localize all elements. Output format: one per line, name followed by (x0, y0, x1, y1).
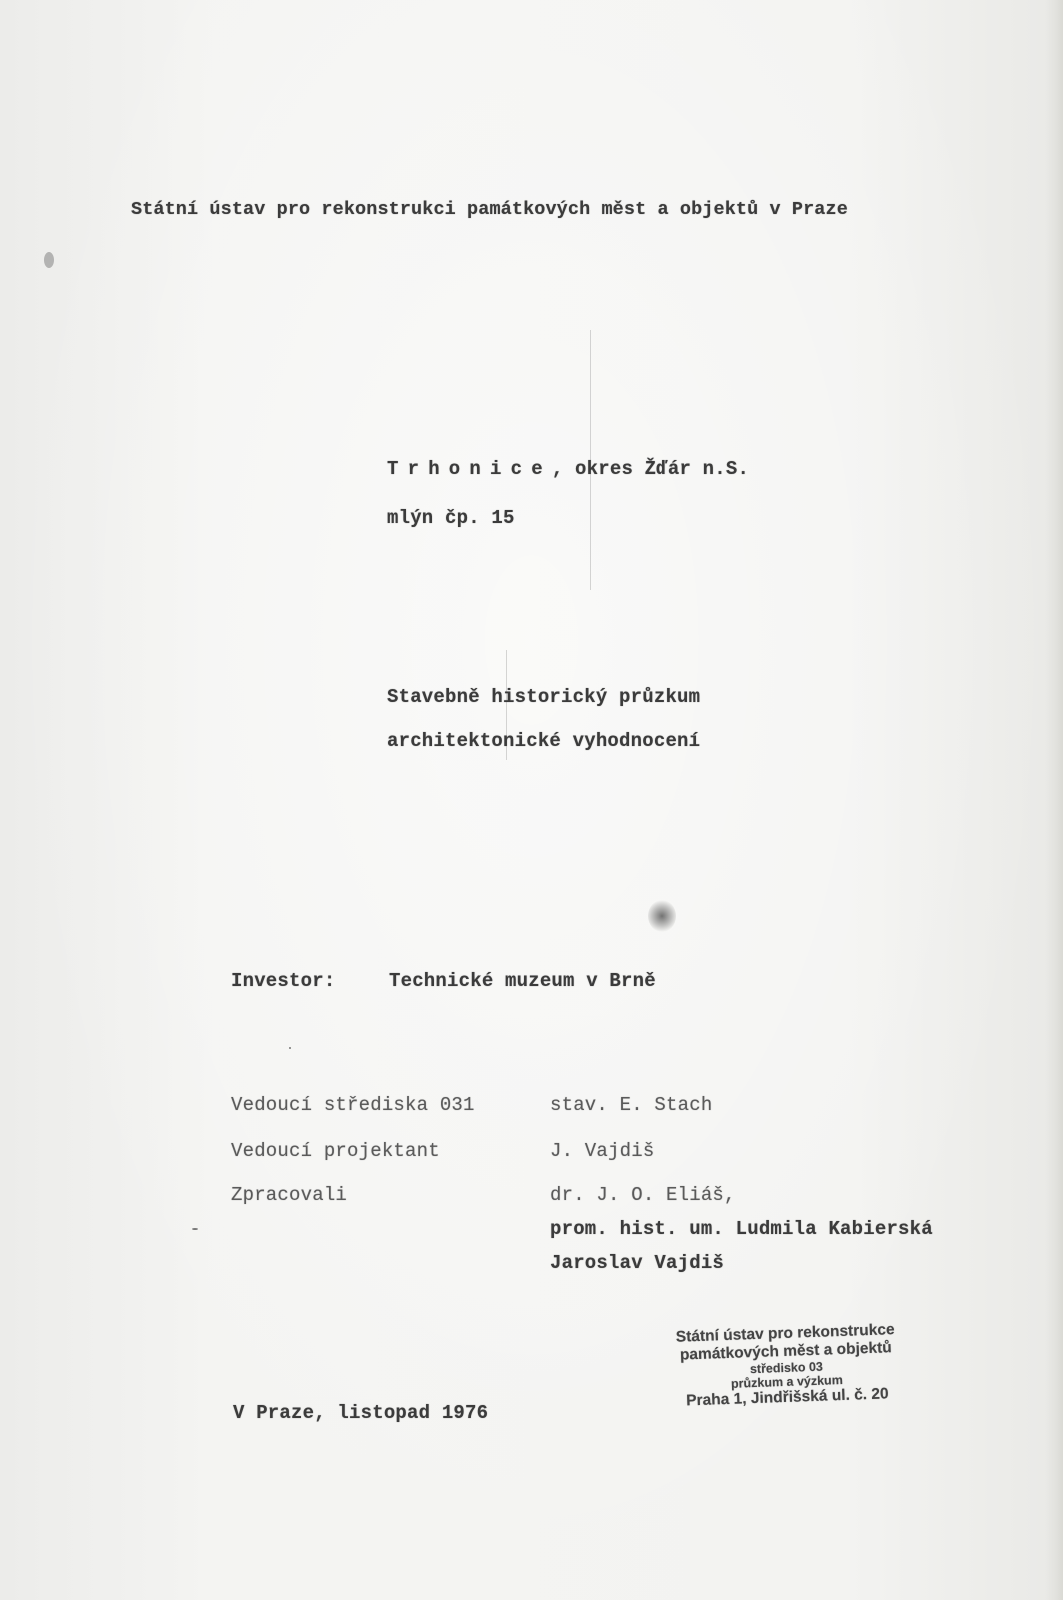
credit-label: Vedoucí střediska 031 (231, 1094, 475, 1116)
ink-speck (192, 1228, 198, 1230)
credit-value: Jaroslav Vajdiš (550, 1252, 724, 1274)
institution-stamp: Státní ústav pro rekonstrukce památkovýc… (640, 1320, 933, 1412)
place-date: V Praze, listopad 1976 (233, 1402, 488, 1424)
document-title-line-1: Stavebně historický průzkum (387, 686, 700, 708)
credit-value: prom. hist. um. Ludmila Kabierská (550, 1218, 933, 1240)
ink-speck (289, 1047, 291, 1049)
credit-label: Zpracovali (231, 1184, 347, 1206)
investor-value: Technické muzeum v Brně (389, 970, 656, 992)
credit-value: dr. J. O. Eliáš, (550, 1184, 736, 1206)
object-line: mlýn čp. 15 (387, 507, 515, 529)
place-name: Trhonice (387, 458, 552, 480)
institution-header: Státní ústav pro rekonstrukci památkovýc… (131, 199, 848, 220)
credit-value: J. Vajdiš (550, 1140, 654, 1162)
place-line: Trhonice, okres Žďár n.S. (387, 458, 749, 480)
credit-label: Vedoucí projektant (231, 1140, 440, 1162)
credit-value: stav. E. Stach (550, 1094, 712, 1116)
ink-speck (44, 252, 54, 268)
investor-label: Investor: (231, 970, 335, 992)
document-title-line-2: architektonické vyhodnocení (387, 730, 700, 752)
place-district: , okres Žďár n.S. (552, 458, 749, 480)
ink-smudge (648, 900, 676, 932)
paper-edge (1045, 0, 1063, 1600)
